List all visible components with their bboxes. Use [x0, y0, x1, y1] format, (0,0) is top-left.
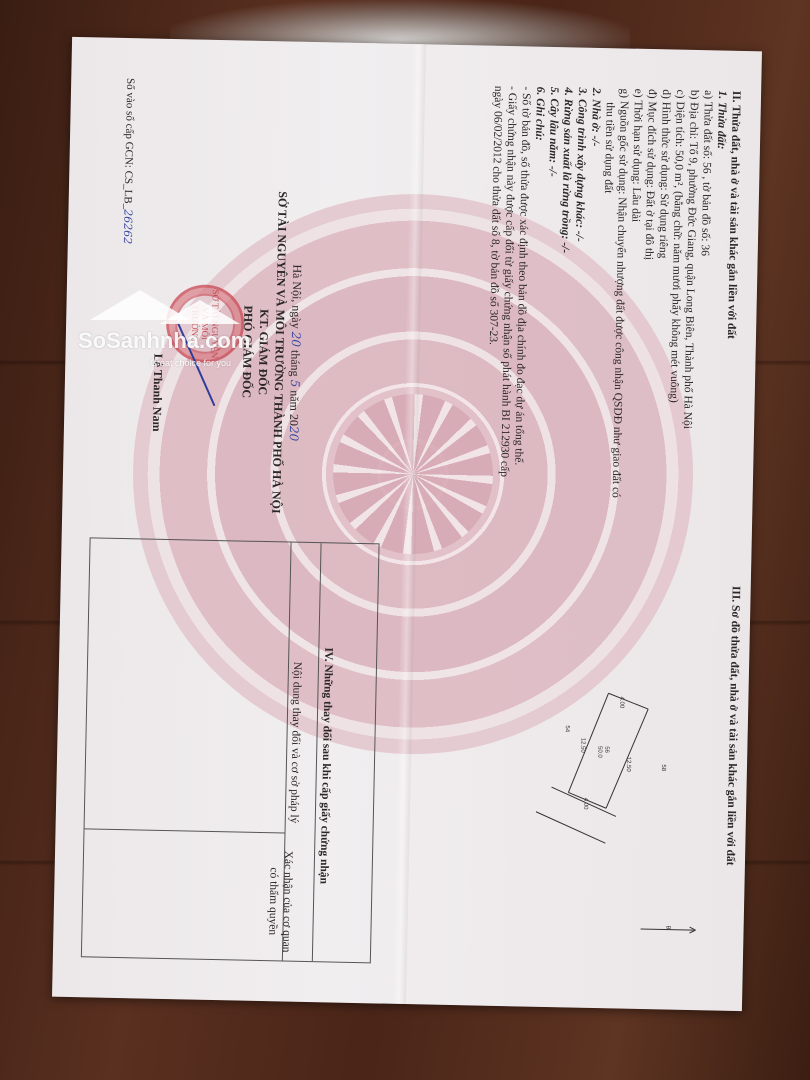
- registry-number-block: Số vào sổ cấp GCN: CS_LB_26262: [120, 78, 137, 244]
- issue-day: 20: [289, 332, 303, 348]
- svg-text:4.00: 4.00: [618, 696, 624, 708]
- neighbor-left: 54: [564, 725, 570, 732]
- issue-year: 20: [287, 426, 301, 442]
- svg-text:12.50: 12.50: [579, 738, 585, 754]
- plot-area: 50.0: [596, 746, 602, 758]
- neighbor-right: 58: [660, 764, 666, 771]
- house-roof-icon-2: [160, 300, 240, 324]
- col-authority-confirmation: Xác nhận của cơ quan có thẩm quyền: [265, 846, 295, 957]
- section-3-title: III. Sơ đồ thửa đất, nhà ở và tài sản kh…: [723, 586, 743, 866]
- changes-table: [81, 537, 380, 963]
- svg-text:4.00: 4.00: [582, 798, 588, 810]
- north-arrow-label: B: [665, 925, 671, 929]
- sosanhnha-watermark: SoSanhnha.com Great choice for you: [60, 290, 250, 400]
- issue-month: 5: [288, 380, 302, 388]
- section-2: II. Thửa đất, nhà ở và tài sản khác gắn …: [483, 86, 744, 501]
- plot-diagram: 4.00 4.00 12.50 12.50 56 50.0 54 58 B: [453, 635, 720, 960]
- plot-parcel-number: 56: [603, 746, 609, 753]
- registry-label: Số vào sổ cấp GCN: CS_LB_: [122, 78, 137, 209]
- section-3: III. Sơ đồ thửa đất, nhà ở và tài sản kh…: [723, 586, 743, 866]
- registry-number: 26262: [121, 209, 135, 244]
- svg-text:12.50: 12.50: [625, 757, 631, 773]
- land-use-certificate: II. Thửa đất, nhà ở và tài sản khác gắn …: [52, 37, 762, 1011]
